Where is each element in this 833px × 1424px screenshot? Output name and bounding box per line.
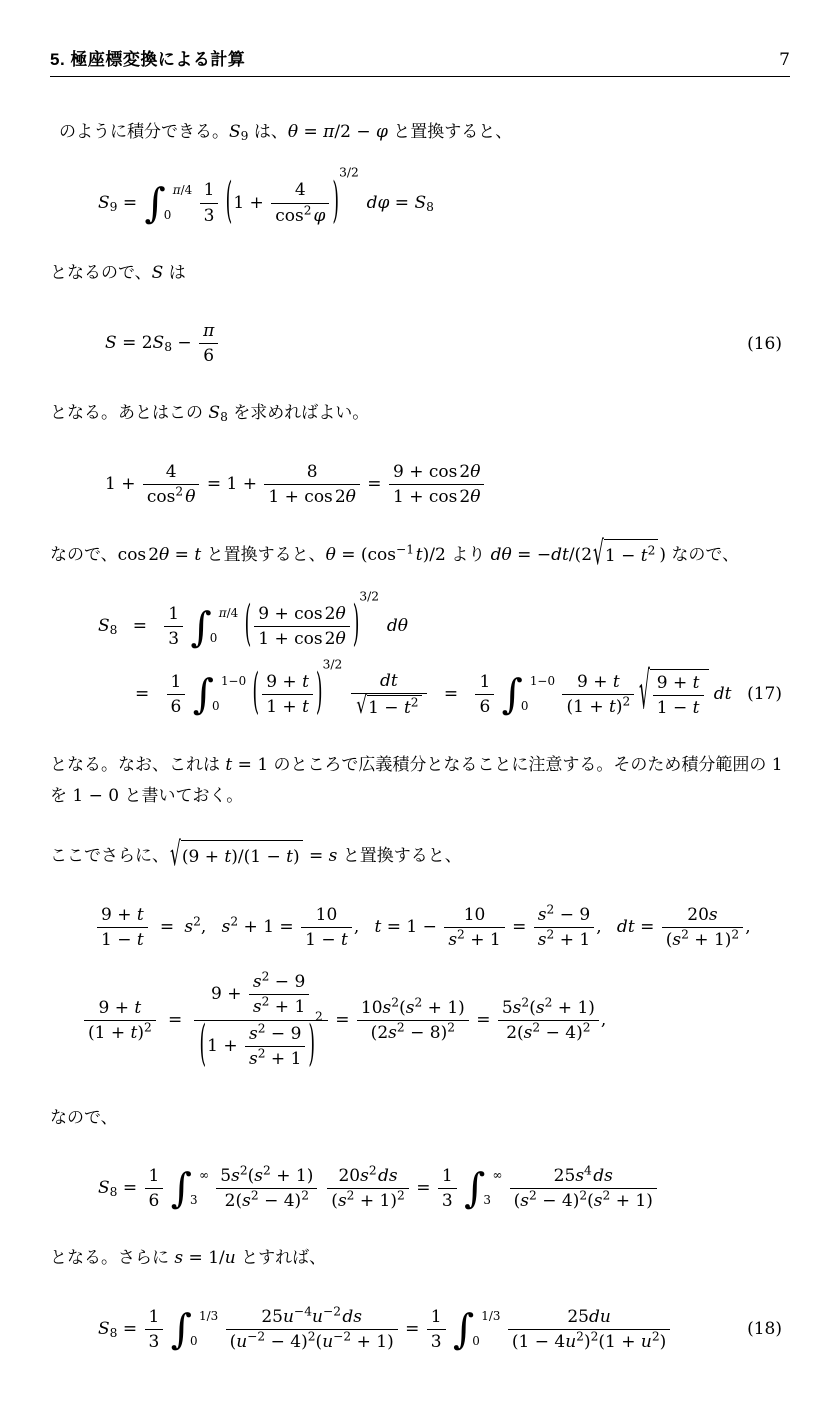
equation-line: =16∫1−00(9 + t1 + t)3/2dt√1 − t2=16∫1−00… — [50, 669, 790, 720]
display-math: 9 + t(1 + t)2=9 + s2 − 9s2 + 1(1 + s2 − … — [82, 1010, 606, 1030]
integral-sign: ∫1/30 — [453, 1309, 500, 1350]
inline-math: 1 − 0 — [72, 786, 119, 806]
text-run: なので、 — [666, 545, 739, 565]
integral-sign: ∫1−00 — [502, 674, 555, 715]
text-run: なので、 — [50, 545, 118, 565]
equation-line: S = 2S8 − π6(16) — [50, 319, 790, 368]
display-math: S = 2S8 − π6 — [105, 333, 220, 353]
integral-sign: ∫π/40 — [145, 183, 193, 224]
equation-16: S = 2S8 − π6(16) — [50, 319, 790, 368]
equation-line: S8 = 16∫∞35s2(s2 + 1)2(s2 − 4)220s2ds(s2… — [50, 1164, 790, 1213]
text-run: のところで広義積分となることに注意する。そのため積分範囲の — [268, 755, 772, 775]
document-body: のように積分できる。S9 は、θ = π/2 − φ と置換すると、S9 = ∫… — [50, 117, 790, 1354]
display-math: 1 + 4cos2θ = 1 + 81 + cos2θ = 9 + cos2θ1… — [105, 474, 486, 494]
text-run: となる。なお、これは — [50, 755, 225, 775]
equation-substitution-s: 9 + t1 − t=s2,s2 + 1 = 101 − t,t = 1 − 1… — [50, 903, 790, 1073]
equation-18: S8 = 13∫1/3025u−4u−2ds(u−2 − 4)2(u−2 + 1… — [50, 1305, 790, 1354]
paragraph-9: となる。なお、これは t = 1 のところで広義積分となることに注意する。そのた… — [50, 750, 790, 813]
text-run: は、 — [248, 122, 287, 142]
inline-math: t = 1 — [225, 755, 268, 775]
text-run: を — [50, 786, 72, 806]
text-run: のように積分できる。 — [59, 122, 229, 142]
inline-math: S9 — [229, 122, 248, 142]
inline-math: √(9 + t)/(1 − t) = s — [169, 846, 337, 866]
equation-cos-identity: 1 + 4cos2θ = 1 + 81 + cos2θ = 9 + cos2θ1… — [50, 460, 790, 509]
paragraph-3: となるので、S は — [50, 258, 790, 289]
text-run: より — [446, 545, 491, 565]
equation-line: 9 + t(1 + t)2=9 + s2 − 9s2 + 1(1 + s2 − … — [50, 969, 790, 1072]
display-math: S8 = 16∫∞35s2(s2 + 1)2(s2 − 4)220s2ds(s2… — [98, 1178, 659, 1198]
equation-number: (18) — [747, 1319, 782, 1339]
equation-number: (17) — [747, 684, 782, 704]
inline-math: θ = π/2 − φ — [288, 122, 388, 142]
display-math: 9 + t1 − t=s2,s2 + 1 = 101 − t,t = 1 − 1… — [95, 917, 751, 937]
inline-math: dθ = −dt/(2√1 − t2) — [491, 545, 666, 565]
section-title: 5. 極座標変換による計算 — [50, 45, 245, 70]
integral-sign: ∫∞3 — [464, 1168, 502, 1209]
text-run: と書いておく。 — [119, 786, 243, 806]
text-run: ここでさらに、 — [50, 846, 169, 866]
equation-S9: S9 = ∫π/4013(1 + 4cos2φ)3/2dφ = S8 — [50, 178, 790, 227]
text-run: とすれば、 — [236, 1248, 326, 1268]
inline-math: cos2θ = t — [118, 545, 202, 565]
paragraph-1: のように積分できる。S9 は、θ = π/2 − φ と置換すると、 — [50, 117, 790, 148]
text-run: と置換すると、 — [201, 545, 325, 565]
equation-line: 1 + 4cos2θ = 1 + 81 + cos2θ = 9 + cos2θ1… — [50, 460, 790, 509]
text-run: となるので、 — [50, 263, 152, 283]
equation-17: S8=13∫π/40(9 + cos2θ1 + cos2θ)3/2dθ=16∫1… — [50, 602, 790, 719]
inline-math: 1 — [772, 755, 783, 775]
text-run: は — [163, 263, 185, 283]
text-run: となる。さらに — [50, 1248, 174, 1268]
equation-line: 9 + t1 − t=s2,s2 + 1 = 101 − t,t = 1 − 1… — [50, 903, 790, 952]
integral-sign: ∫π/40 — [191, 607, 239, 648]
text-run: なので、 — [50, 1108, 118, 1128]
display-math: S9 = ∫π/4013(1 + 4cos2φ)3/2dφ = S8 — [98, 193, 434, 213]
text-run: と置換すると、 — [337, 846, 461, 866]
integral-sign: ∫1/30 — [171, 1309, 218, 1350]
text-run: を求めればよい。 — [228, 403, 369, 423]
display-math: =16∫1−00(9 + t1 + t)3/2dt√1 − t2=16∫1−00… — [135, 684, 732, 704]
display-math: S8=13∫π/40(9 + cos2θ1 + cos2θ)3/2dθ — [98, 616, 408, 636]
radical-sign: √1 − t2 — [593, 539, 658, 572]
radical-sign: √9 + t1 − t — [639, 669, 709, 720]
page-number: 7 — [779, 50, 790, 70]
text-run: となる。あとはこの — [50, 403, 208, 423]
display-math: S8 = 13∫1/3025u−4u−2ds(u−2 − 4)2(u−2 + 1… — [98, 1319, 672, 1339]
paragraph-12: なので、 — [50, 1103, 790, 1134]
equation-line: S9 = ∫π/4013(1 + 4cos2φ)3/2dφ = S8 — [50, 178, 790, 227]
inline-math: S — [152, 263, 164, 283]
inline-math: S8 — [208, 403, 227, 423]
integral-sign: ∫1−00 — [193, 674, 246, 715]
radical-sign: √(9 + t)/(1 − t) — [170, 840, 303, 873]
equation-number: (16) — [747, 334, 782, 354]
equation-line: S8 = 13∫1/3025u−4u−2ds(u−2 − 4)2(u−2 + 1… — [50, 1305, 790, 1354]
paragraph-7: なので、cos2θ = t と置換すると、θ = (cos−1t)/2 より d… — [50, 539, 790, 572]
equation-line: S8=13∫π/40(9 + cos2θ1 + cos2θ)3/2dθ — [50, 602, 790, 651]
inline-math: θ = (cos−1t)/2 — [326, 545, 446, 565]
text-run: と置換すると、 — [388, 122, 512, 142]
radical-sign: √1 − t2 — [356, 695, 421, 719]
inline-math: s = 1/u — [174, 1248, 235, 1268]
integral-sign: ∫∞3 — [171, 1168, 209, 1209]
page-header: 5. 極座標変換による計算 7 — [50, 45, 790, 77]
document-page: 5. 極座標変換による計算 7 のように積分できる。S9 は、θ = π/2 −… — [0, 0, 833, 1424]
paragraph-5: となる。あとはこの S8 を求めればよい。 — [50, 398, 790, 429]
paragraph-10: ここでさらに、√(9 + t)/(1 − t) = s と置換すると、 — [50, 840, 790, 873]
equation-S8-s-integral: S8 = 16∫∞35s2(s2 + 1)2(s2 − 4)220s2ds(s2… — [50, 1164, 790, 1213]
